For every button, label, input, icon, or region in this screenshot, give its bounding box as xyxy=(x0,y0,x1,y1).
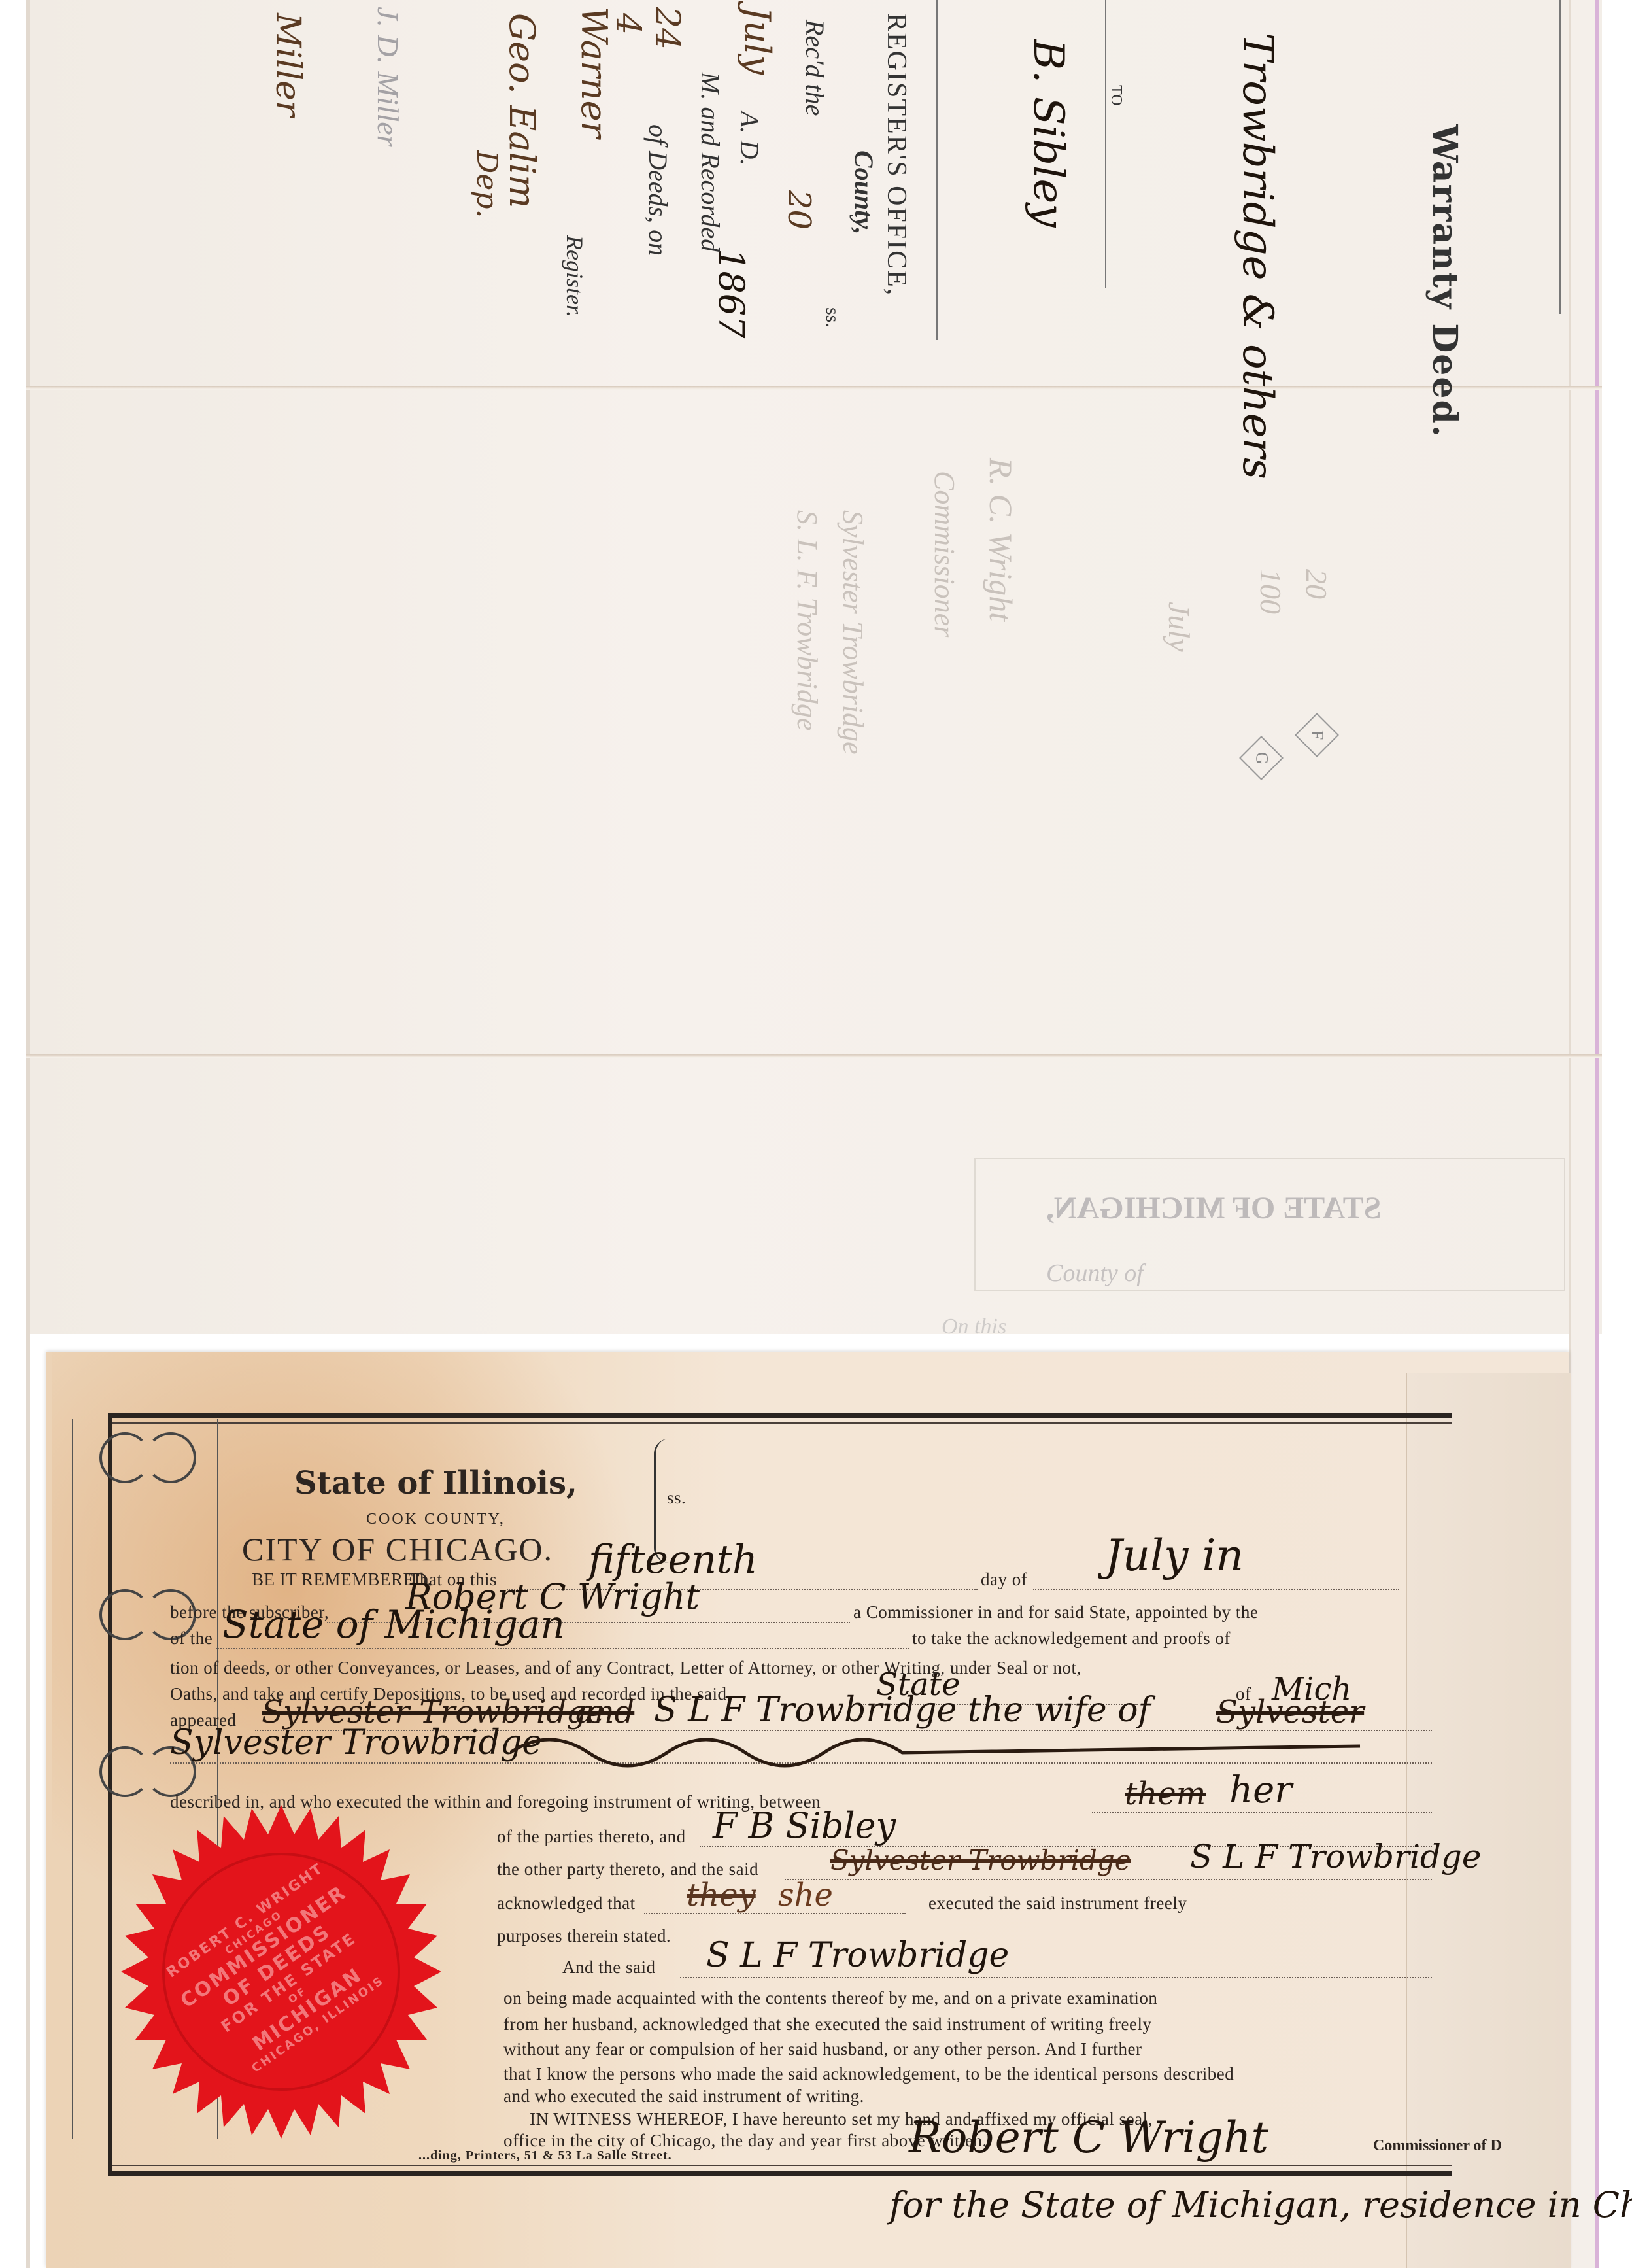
show-through-number: 100 xyxy=(1253,569,1288,614)
show-through-text: S. L. F. Trowbridge xyxy=(790,510,824,730)
scroll-ornament-icon xyxy=(145,1432,196,1483)
cancel-flourish xyxy=(510,1727,1425,1772)
deed-title: Warranty Deed. xyxy=(1425,124,1465,438)
line11-text: acknowledged that xyxy=(497,1893,636,1914)
scroll-ornament-icon xyxy=(99,1432,150,1483)
show-through-header: STATE OF MICHIGAN, xyxy=(1046,1190,1381,1226)
fill-line xyxy=(644,1913,906,1914)
of-deeds-label: of Deeds, on xyxy=(643,124,673,256)
show-through-text: R. C. Wright xyxy=(982,458,1020,621)
line14-text: on being made acquainted with the conten… xyxy=(503,1988,1157,2008)
line15-text: from her husband, acknowledged that she … xyxy=(503,2014,1151,2035)
certificate-county: COOK COUNTY, xyxy=(366,1511,505,1528)
recd-month: July xyxy=(737,7,778,75)
ad-label: A. D. xyxy=(734,111,765,165)
show-through-on: On this xyxy=(942,1314,1006,1339)
struck-name: Sylvester Trowbridge xyxy=(830,1844,1131,1876)
struck-them: them xyxy=(1125,1776,1206,1812)
show-through-number: 20 xyxy=(1299,569,1334,599)
husband-name: Sylvester Trowbridge xyxy=(170,1723,542,1762)
register-label: Register. xyxy=(561,235,588,317)
show-through-county: County of xyxy=(1046,1259,1144,1288)
struck-name-2: Sylvester xyxy=(1216,1694,1364,1730)
certificate-folded-flap xyxy=(1406,1373,1571,2268)
fill-line xyxy=(785,1879,1432,1880)
line17-text: that I know the persons who made the sai… xyxy=(503,2064,1234,2084)
line12-text: purposes therein stated. xyxy=(497,1926,671,1946)
recd-label: Rec'd the xyxy=(800,20,830,116)
grantee-name: B. Sibley xyxy=(1024,39,1072,228)
she-hand: she xyxy=(778,1877,833,1914)
appointing-state: State of Michigan xyxy=(222,1602,565,1647)
to-label: TO xyxy=(1107,85,1125,106)
certificate-city: CITY OF CHICAGO. xyxy=(242,1530,553,1568)
line11-tail: executed the said instrument freely xyxy=(928,1893,1187,1914)
top-border-rule xyxy=(108,1413,1452,1418)
printer-imprint: ...ding, Printers, 51 & 53 La Salle Stre… xyxy=(418,2148,672,2163)
line16-text: without any fear or compulsion of her sa… xyxy=(503,2039,1142,2059)
ss-label: ss. xyxy=(667,1488,686,1508)
show-through-text: Sylvester Trowbridge xyxy=(836,510,870,755)
her-hand: her xyxy=(1229,1769,1292,1812)
sheet-edge xyxy=(26,0,30,2268)
appeared-name: S L F Trowbridge the wife of xyxy=(654,1691,1151,1730)
line13-text: And the said xyxy=(562,1957,655,1978)
recd-year: 1867 xyxy=(711,249,752,338)
extra-signature: Miller xyxy=(268,13,307,117)
fold-line-1 xyxy=(26,386,1602,390)
recorded-label: M. and Recorded xyxy=(695,72,726,252)
fill-line xyxy=(216,1648,909,1649)
deputy-signature: Geo. Ealim xyxy=(501,13,543,208)
line2-text: a Commissioner in and for said State, ap… xyxy=(853,1602,1258,1623)
recd-day: 20 xyxy=(781,190,817,230)
line3-text: to take the acknowledgement and proofs o… xyxy=(912,1628,1231,1649)
scroll-ornament-icon xyxy=(99,1589,150,1640)
grantee-name: F B Sibley xyxy=(713,1805,896,1846)
struck-they: they xyxy=(687,1877,756,1914)
grantor-name: Trowbridge & others xyxy=(1233,33,1282,479)
commissioner-signature: Robert C Wright xyxy=(909,2112,1268,2163)
bottom-border-rule xyxy=(108,2171,1452,2176)
show-through-text: July xyxy=(1162,602,1197,652)
bottom-border-rule-thin xyxy=(108,2165,1452,2166)
line18-text: and who executed the said instrument of … xyxy=(503,2086,864,2106)
pencil-name: J. D. Miller xyxy=(371,7,405,147)
sheet-margin xyxy=(1569,0,1597,2268)
fill-line xyxy=(1033,1589,1399,1590)
divider-line xyxy=(1559,0,1561,314)
line9-text: of the parties thereto, and xyxy=(497,1827,686,1847)
top-border-rule-thin xyxy=(108,1422,1452,1424)
day-of-label: day of xyxy=(981,1570,1027,1590)
residence-note: for the State of Michigan, residence in … xyxy=(889,2184,1632,2225)
fold-line-2 xyxy=(26,1054,1602,1058)
month-handwritten: July in xyxy=(1105,1530,1244,1581)
struck-and: and xyxy=(575,1694,634,1730)
show-through-text: Commissioner xyxy=(928,471,961,637)
commissioner-title: Commissioner of D xyxy=(1373,2137,1502,2155)
divider-line xyxy=(1105,0,1106,288)
ss-label: ss. xyxy=(821,307,843,328)
divider-line xyxy=(936,0,938,340)
deputy-abbrev: Dep. xyxy=(470,150,503,218)
registers-office-label: REGISTER'S OFFICE, xyxy=(881,13,912,296)
register-signature: Warner xyxy=(573,7,615,138)
of-the-label: of the xyxy=(170,1628,212,1649)
said-wife-name: S L F Trowbridge xyxy=(706,1936,1009,1975)
certificate-state-title: State of Illinois, xyxy=(294,1465,577,1502)
fill-line xyxy=(680,1977,1432,1978)
liber-number: 24 xyxy=(647,7,687,50)
scroll-ornament-icon xyxy=(99,1746,150,1797)
county-label: County, xyxy=(849,150,879,235)
margin-rule-line xyxy=(1595,0,1599,2268)
red-commissioner-seal: ROBERT C. WRIGHT CHICAGO COMMISSIONER OF… xyxy=(114,1805,448,2139)
wife-name: S L F Trowbridge xyxy=(1190,1838,1481,1876)
